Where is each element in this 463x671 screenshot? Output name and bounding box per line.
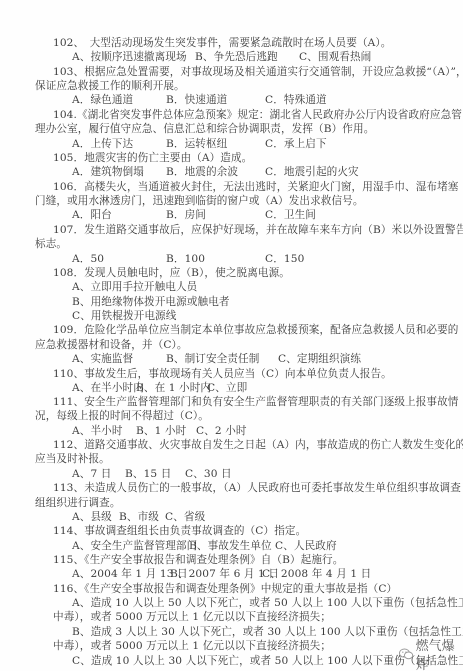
question-104: 104.《湖北省突发事件总体应急预案》规定：湖北省人民政府办公厅内设省政府应急管 xyxy=(53,109,462,122)
option-b: B、事故发生单位 xyxy=(189,540,272,553)
watermark: 燃气爆炸 xyxy=(399,644,463,664)
option-a: A．50 xyxy=(72,253,104,266)
option-a-line1: A、造成 10 人以上 50 人以下死亡，或者 50 人以上 100 人以下重伤… xyxy=(72,597,463,610)
question-107-cont: 标志。 xyxy=(35,238,67,251)
option-a: A．上传下达 xyxy=(72,138,133,151)
option-c: C、立即 xyxy=(207,382,247,395)
option-b-line2: 中毒），或者 5000 万元以上 1 亿元以以下直接经济损失； xyxy=(53,640,331,653)
option-c: C．承上启下 xyxy=(265,138,327,151)
option-b: B．运转枢纽 xyxy=(166,138,227,151)
option-a: A、县级 xyxy=(72,511,112,524)
option-b: B、制订安全责任制 xyxy=(166,353,259,366)
question-114: 114、事故调查组组长由负责事故调查的（C）指定。 xyxy=(53,525,306,538)
question-110: 110、事故发生后，事故现场有关人员应当（C）向本单位负责人报告。 xyxy=(53,368,392,381)
option-b: B．100 xyxy=(166,253,205,266)
option-c: C、2 小时 xyxy=(196,425,247,438)
question-113-cont: 组组织进行调查。 xyxy=(35,497,121,510)
option-c: C．地震引起的火灾 xyxy=(265,166,359,179)
option-b: B、1 小时 xyxy=(136,425,186,438)
question-103: 103、根据应急处置需要，对事故现场及相关通道实行交通管制，开设应急救援“（A）… xyxy=(53,66,463,79)
option-c: C、定期组织演练 xyxy=(278,353,361,366)
option-a: A．建筑物倒塌 xyxy=(72,166,144,179)
option-b: B、市级 xyxy=(119,511,159,524)
watermark-text: 燃气爆炸 xyxy=(416,635,463,671)
question-106: 106．高楼失火，当通道被火封住，无法出逃时，关紧迎火门窗，用湿手巾、湿布堵塞 xyxy=(53,181,459,194)
question-112-cont: 应当及时补报。 xyxy=(35,453,110,466)
option-c: C．150 xyxy=(265,253,304,266)
option-a: A、按顺序迅速撤离现场 xyxy=(72,51,187,64)
option-b: B、15 日 xyxy=(125,468,171,481)
option-c: C．卫生间 xyxy=(265,209,316,222)
question-116: 116、《生产安全事故报告和调查处理条例》中规定的重大事故是指（C） xyxy=(53,583,397,596)
option-b: B、争先恐后逃跑 xyxy=(195,51,278,64)
option-c: C、30 日 xyxy=(185,468,232,481)
question-111: 111、安全生产监督管理部门和负有安全生产监督管理职责的有关部门逐级上报事故情 xyxy=(53,396,459,409)
option-a: A、半小时 xyxy=(72,425,123,438)
option-b-line1: B、造成 3 人以上 30 人以下死亡，或者 30 人以上 100 人以下重伤（… xyxy=(72,626,463,639)
option-a: A、7 日 xyxy=(72,468,111,481)
option-b: B．房间 xyxy=(166,209,206,222)
option-b: B．快速通道 xyxy=(166,94,227,107)
question-115: 115、《生产安全事故报告和调查处理条例》自（B）起施行。 xyxy=(53,554,343,567)
option-a: A、安全生产监督管理部门 xyxy=(72,540,197,553)
question-109: 109．危险化学品单位应当制定本单位事故应急救援预案，配备应急救援人员和必要的 xyxy=(53,324,459,337)
question-103-cont: 保证应急救援工作的顺利开展。 xyxy=(35,80,185,93)
option-a: A、立即用手拉开触电人员 xyxy=(72,281,197,294)
option-a-line2: 中毒），或者 5000 万元以上 1 亿元以以下直接经济损失； xyxy=(53,611,331,624)
question-105: 105．地震灾害的伤亡主要由（A）造成。 xyxy=(53,152,252,165)
option-c: C、用铁棍拨开电源线 xyxy=(72,310,176,323)
question-113: 113、未造成人员伤亡的一般事故，（A）人民政府也可委托事故发生单位组织事故调查 xyxy=(53,482,461,495)
option-c: C、2008 年 4 月 1 日 xyxy=(262,568,371,581)
option-b: B．地震的余波 xyxy=(166,166,238,179)
option-a: A、在半小时内 xyxy=(72,382,144,395)
wechat-icon xyxy=(399,647,414,661)
question-108: 108．发现人员触电时，应（B），使之脱离电源。 xyxy=(53,267,290,280)
option-a: A、实施监督 xyxy=(72,353,133,366)
question-106-cont: 门缝，或用水淋透房门，迅速跑到临街的窗户或（A）发出求救信号。 xyxy=(35,195,364,208)
option-a: A．绿色通道 xyxy=(72,94,133,107)
question-109-cont: 应急救援器材和设备，并（C）。 xyxy=(35,339,188,352)
option-c: C、围观看热闹 xyxy=(299,51,371,64)
question-112: 112、道路交通事故、火灾事故自发生之日起（A）内，事故造成的伤亡人数发生变化的… xyxy=(53,439,463,452)
question-104-cont: 理办公室，履行值守应急、信息汇总和综合协调职责，发挥（B）作用。 xyxy=(35,123,374,136)
question-111-cont: 况，每级上报的时间不得超过（C）。 xyxy=(35,410,209,423)
option-b: B、用绝缘物体拨开电源或触电者 xyxy=(72,296,230,309)
option-c: C．特殊通道 xyxy=(265,94,327,107)
option-c: C、人民政府 xyxy=(275,540,337,553)
option-a: A．阳台 xyxy=(72,209,112,222)
question-107: 107．发生道路交通事故后，应保护好现场，并在故障车来车方向（B）米以外设置警告 xyxy=(53,224,463,237)
document-page: 102、 大型活动现场发生突发事件，需要紧急疏散时在场人员要（A）。 A、按顺序… xyxy=(0,0,463,671)
option-c: C、省级 xyxy=(165,511,205,524)
question-102: 102、 大型活动现场发生突发事件，需要紧急疏散时在场人员要（A）。 xyxy=(53,37,391,50)
option-b: B、在 1 小时内 xyxy=(136,382,211,395)
